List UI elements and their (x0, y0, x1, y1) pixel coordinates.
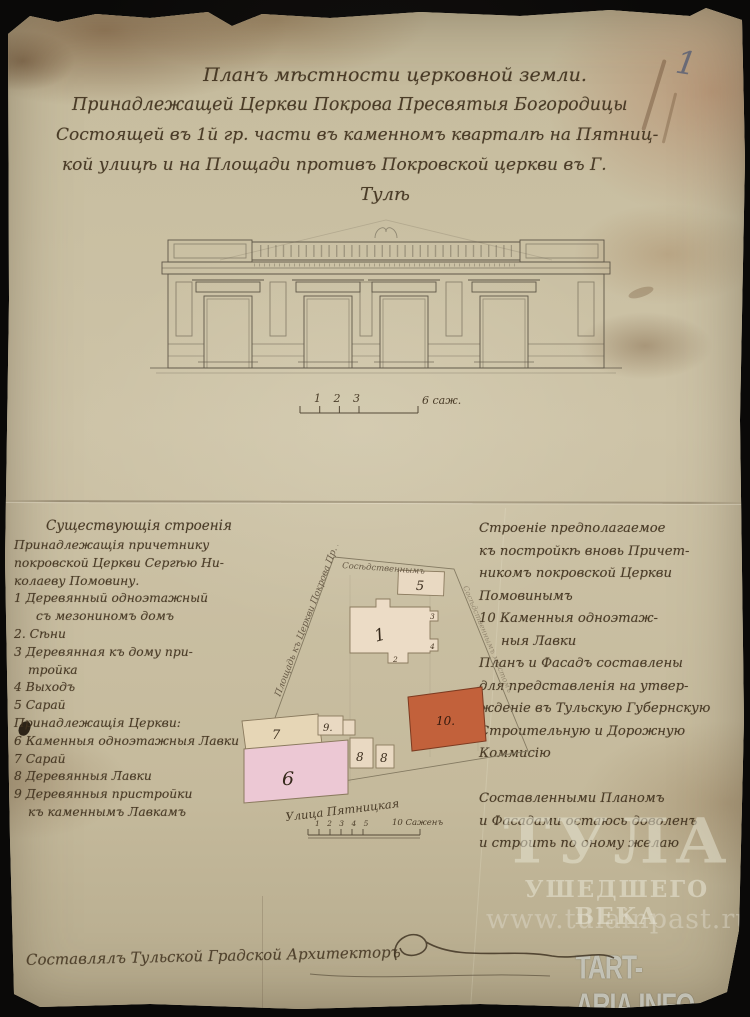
building-number-6: 6 (282, 768, 294, 790)
building-number-10: 10. (436, 714, 455, 728)
plan-building-8a: 8 (350, 738, 373, 768)
plan-scale-end-label: 10 Саженъ (392, 818, 443, 828)
title-line-3: Состоящей въ 1й гр. части въ каменномъ к… (56, 120, 730, 150)
facade-scale-end-label: 6 саж. (422, 394, 461, 407)
plan-scale-bar: 1 2 3 4 5 10 Саженъ (308, 818, 443, 838)
plan-scale-ticks: 1 2 3 4 5 (315, 819, 369, 828)
plan-left-boundary-label: Площадь къ Церкви Покрова Пр. Бог. (273, 545, 348, 699)
building-number-5: 5 (416, 579, 425, 594)
stain-smudge (627, 284, 655, 301)
parapet-ornament (375, 228, 397, 238)
plan-building-6: 6 (244, 740, 348, 803)
plan-right-boundary-label: Сосѣдственнымъ мѣстомъ (461, 584, 514, 694)
building-number-8a: 8 (356, 750, 364, 764)
building-number-2: 2 (392, 655, 398, 664)
existing-legend-heading: Существующія строенія (46, 518, 276, 534)
note-line: Строеніе предполагаемое (479, 518, 747, 541)
plan-building-10-proposed: 10. (408, 687, 486, 751)
facade-elevation-drawing (148, 216, 624, 388)
plan-building-1-house: 1 2 3 4 (350, 599, 438, 664)
building-number-8b: 8 (380, 751, 388, 765)
facade-scale-bar: 1 2 3 6 саж. (288, 386, 488, 430)
title-line-5: Тулѣ (30, 180, 730, 210)
pencil-roof-outline (220, 220, 552, 260)
doorway-2 (292, 280, 364, 368)
title-block: Планъ мѣстности церковной земли. Принадл… (30, 60, 730, 210)
doorway-3 (368, 280, 440, 368)
building-number-7: 7 (272, 728, 281, 743)
title-line-4: кой улицѣ и на Площади противъ Покровско… (62, 150, 730, 180)
title-line-2: Принадлежащей Церкви Покрова Пресвятыя Б… (72, 90, 730, 120)
plan-building-9: 9. (318, 716, 355, 735)
plan-top-boundary-label: Сосѣдственнымъ (342, 561, 426, 577)
doorway-1 (192, 280, 264, 368)
building-number-9: 9. (323, 723, 333, 734)
facade-scale-ticks: 1 2 3 (314, 392, 360, 405)
plan-building-8b: 8 (376, 745, 394, 768)
building-number-3: 3 (430, 612, 435, 621)
watermark-brand: ТУЛА (488, 807, 748, 876)
horizontal-fold-crease (0, 500, 750, 504)
building-number-4: 4 (429, 642, 435, 651)
title-line-1: Планъ мѣстности церковной земли. (30, 60, 730, 90)
doorway-4 (468, 280, 540, 368)
signature-flourish (300, 918, 620, 988)
document-paper: 1 Планъ мѣстности церковной земли. Прина… (0, 0, 750, 1017)
